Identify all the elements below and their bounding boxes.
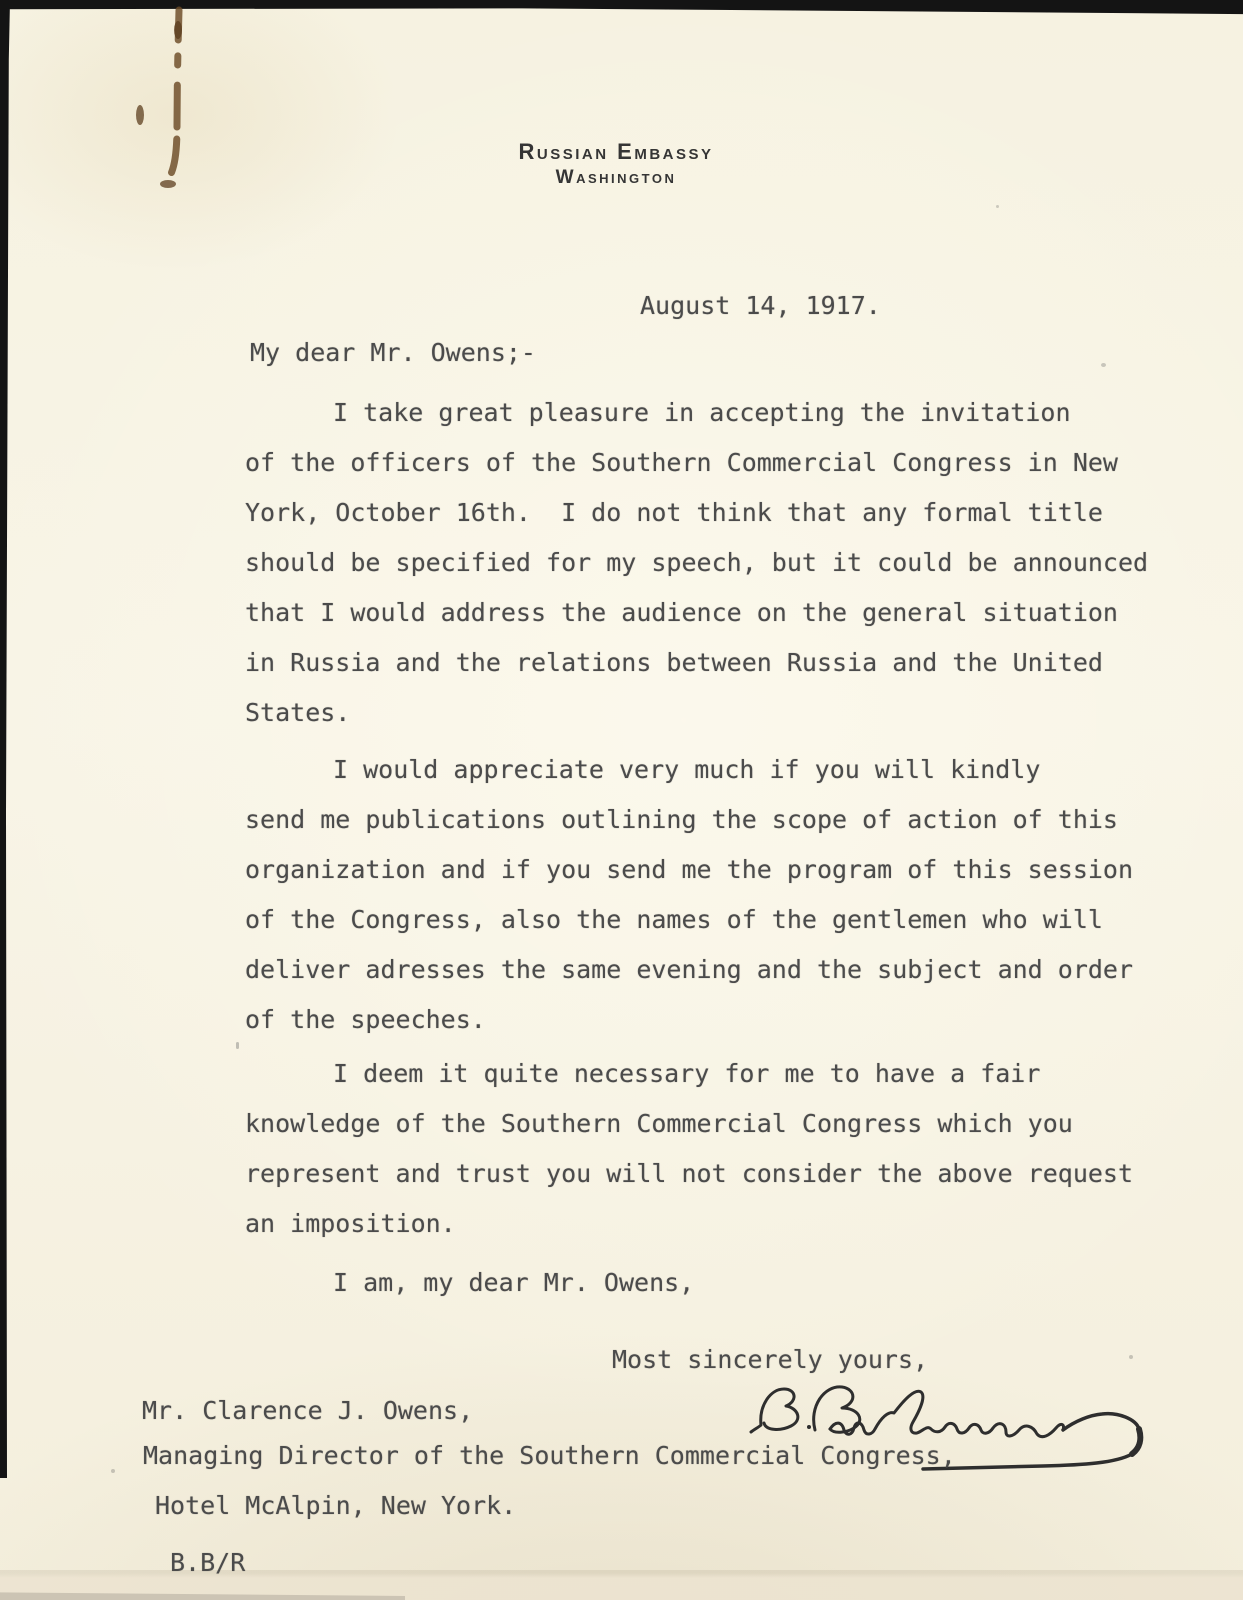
letter-line: deliver adresses the same evening and th… [245, 945, 1133, 995]
letter-salutation: My dear Mr. Owens;- [250, 340, 536, 365]
scan-speck [1101, 363, 1106, 367]
letter-line: I deem it quite necessary for me to have… [245, 1049, 1133, 1099]
letter-date: August 14, 1917. [640, 293, 881, 318]
letter-line: an imposition. [245, 1199, 1133, 1249]
letterhead-organization: Russian Embassy [518, 139, 713, 165]
paperclip-rust-stain [110, 0, 230, 210]
scan-edge-left [0, 0, 10, 1478]
letter-line: that I would address the audience on the… [245, 588, 1148, 638]
letter-line: York, October 16th. I do not think that … [245, 488, 1148, 538]
letter-line: knowledge of the Southern Commercial Con… [245, 1099, 1133, 1149]
letter-line: in Russia and the relations between Russ… [245, 638, 1148, 688]
letter-line: I would appreciate very much if you will… [245, 745, 1133, 795]
letter-line: of the speeches. [245, 995, 1133, 1045]
letter-paragraph: I take great pleasure in accepting the i… [245, 388, 1148, 738]
letter-line: States. [245, 688, 1148, 738]
letterhead: Russian Embassy Washington [518, 139, 713, 190]
scan-speck [996, 205, 999, 208]
letter-line: of the officers of the Southern Commerci… [245, 438, 1148, 488]
letterhead-city: Washington [518, 165, 713, 190]
letter-line: of the Congress, also the names of the g… [245, 895, 1133, 945]
letter-line: should be specified for my speech, but i… [245, 538, 1148, 588]
scanned-letter-page: Russian Embassy Washington August 14, 19… [0, 0, 1243, 1600]
letter-line: send me publications outlining the scope… [245, 795, 1133, 845]
letter-line: organization and if you send me the prog… [245, 845, 1133, 895]
reference-initials: B.B/R [170, 1550, 245, 1575]
recipient-line: Hotel McAlpin, New York. [155, 1493, 516, 1518]
letter-paragraph: I would appreciate very much if you will… [245, 745, 1133, 1045]
letter-pre-closing: I am, my dear Mr. Owens, [333, 1270, 694, 1295]
recipient-line: Mr. Clarence J. Owens, [142, 1398, 473, 1423]
letter-line: I take great pleasure in accepting the i… [245, 388, 1148, 438]
scan-speck [236, 1042, 239, 1049]
letter-line: represent and trust you will not conside… [245, 1149, 1133, 1199]
letter-valediction: Most sincerely yours, [612, 1347, 928, 1372]
scan-speck [1129, 1355, 1133, 1359]
letter-paragraph: I deem it quite necessary for me to have… [245, 1049, 1133, 1249]
recipient-line: Managing Director of the Southern Commer… [143, 1443, 956, 1468]
scan-speck [111, 1469, 115, 1473]
